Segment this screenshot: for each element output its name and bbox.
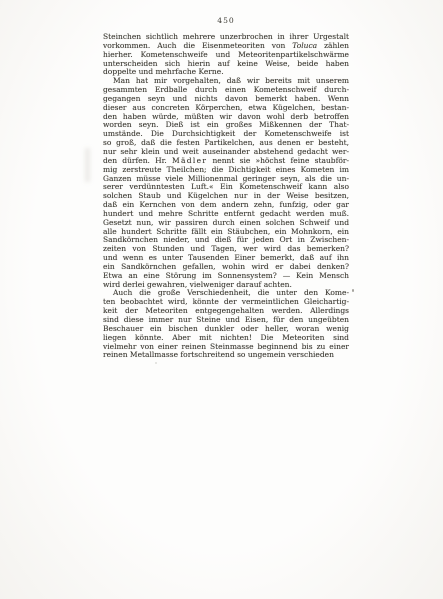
text-segment: hundert und mehre Schritte entfernt geda… xyxy=(103,209,349,218)
text-segment: sind diese immer nur Steine und Eisen, f… xyxy=(103,315,349,324)
text-segment: zählen xyxy=(317,41,349,50)
text-line: reinen Metallmasse fortschreitend so ung… xyxy=(103,351,349,360)
text-segment: vielmehr von einer reinen Steinmasse beg… xyxy=(103,342,349,351)
text-segment: worden seyn. Dieß ist ein großes Mißkenn… xyxy=(103,120,349,129)
text-segment: mig zerstreute Theilchen; die Dichtigkei… xyxy=(103,165,349,174)
text-segment: Sandkörnchen nieder, und dieß für jeden … xyxy=(103,235,349,244)
text-segment: Man hat mir vorgehalten, daß wir bereits… xyxy=(113,76,349,85)
text-segment: Auch die große Verschiedenheit, die unte… xyxy=(113,288,349,297)
text-segment: Ganzen müsse viele Millionenmal geringer… xyxy=(103,174,349,183)
text-segment: den dürfen. Hr. xyxy=(103,156,172,165)
text-segment: nennt sie »höchst feine staubför- xyxy=(207,156,349,165)
text-segment: unterscheiden sich hierin auf keine Weis… xyxy=(103,59,349,68)
text-segment: Beschauer ein bischen dunkler oder helle… xyxy=(103,324,349,333)
text-segment: solchen Staub und Kügelchen nur in der W… xyxy=(103,191,349,200)
text-segment: gegangen seyn und nichts davon bemerkt h… xyxy=(103,94,349,103)
text-segment: reinen Metallmasse fortschreitend so ung… xyxy=(103,350,334,359)
text-segment: vorkommen. Auch die Eisenmeteoriten von xyxy=(103,41,292,50)
text-segment: dieser aus concreten Körperchen, etwa Kü… xyxy=(103,103,349,112)
text-segment: gesammten Erdballe durch einen Kometensc… xyxy=(103,85,349,94)
text-segment: Steinchen sichtlich mehrere unzerbrochen… xyxy=(103,32,349,41)
scanned-book-page: 450 Steinchen sichtlich mehrere unzerbro… xyxy=(0,0,443,599)
text-segment-italic: Toluca xyxy=(292,41,317,50)
text-segment: so groß, daß die festen Partikelchen, au… xyxy=(103,138,349,147)
scan-edge-smudge xyxy=(85,148,90,182)
text-segment: keit der Meteoriten entgegengehalten wer… xyxy=(103,306,349,315)
text-segment: daß ein Kernchen von dem andern zehn, fu… xyxy=(103,200,349,209)
text-segment: ein Sandkörnchen gefallen, wohin wird er… xyxy=(103,262,349,271)
page-number: 450 xyxy=(103,16,349,25)
text-segment: und wenn es unter Tausenden Einer bemerk… xyxy=(103,253,349,262)
text-segment: alle hundert Schritte fällt ein Stäubche… xyxy=(103,227,349,236)
text-segment: nur sehr klein und weit auseinander abst… xyxy=(103,147,349,156)
text-segment: den haben würde, müßten wir davon wohl d… xyxy=(103,112,349,121)
text-segment: ten beobachtet wird, könnte der vermeint… xyxy=(103,297,349,306)
text-segment: Gesetzt nun, wir passiren durch einen so… xyxy=(103,218,349,227)
text-segment: liegen könnte. Aber mit nichten! Die Met… xyxy=(103,333,349,342)
text-segment: hierher. Kometenschweife und Meteoritenp… xyxy=(103,50,349,59)
text-segment: Etwa an eine Störung im Sonnensystem? — … xyxy=(103,271,349,280)
text-segment: wird derlei gewahren, vielweniger darauf… xyxy=(103,280,292,289)
scan-artifact-speck xyxy=(352,289,354,292)
text-segment: serer verdünntesten Luft.« Ein Kometensc… xyxy=(103,182,349,191)
text-segment: zeiten von Stunden und Tagen, wer wird d… xyxy=(103,244,349,253)
text-block: Steinchen sichtlich mehrere unzerbrochen… xyxy=(103,33,349,360)
scan-artifact-speck xyxy=(155,362,157,364)
text-segment-spaced: Mädler xyxy=(172,156,207,165)
text-segment: doppelte und mehrfache Kerne. xyxy=(103,67,224,76)
text-segment: umstände. Die Durchsichtigkeit der Komet… xyxy=(103,129,349,138)
